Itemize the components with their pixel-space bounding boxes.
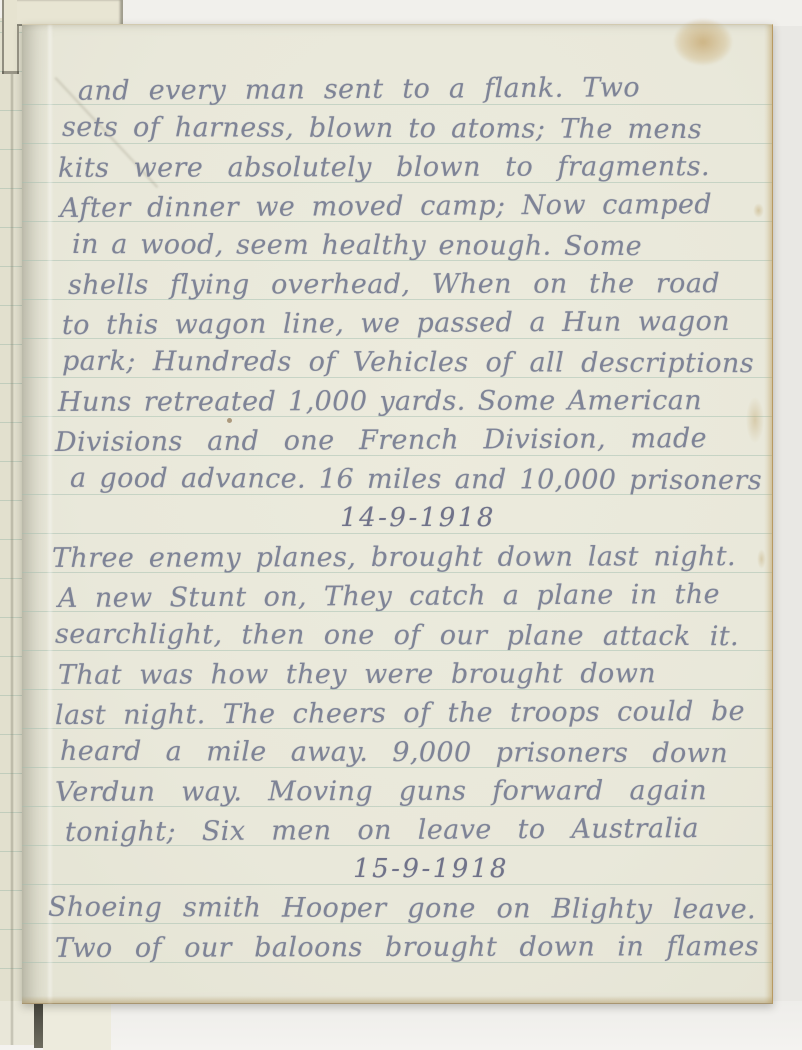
handwriting-line: to this wagon line, we passed a Hun wago… bbox=[62, 306, 730, 346]
handwriting-line: kits were absolutely blown to fragments. bbox=[58, 151, 710, 189]
handwriting-line: A new Stunt on, They catch a plane in th… bbox=[58, 579, 720, 619]
handwriting-line: tonight; Six men on leave to Australia bbox=[65, 813, 699, 853]
handwriting-line: searchlight, then one of our plane attac… bbox=[55, 619, 739, 657]
handwriting-line: Shoeing smith Hooper gone on Blighty lea… bbox=[48, 892, 756, 930]
handwriting-line: last night. The cheers of the troops cou… bbox=[55, 696, 745, 736]
bottom-left-paper-tab bbox=[43, 1001, 111, 1050]
handwriting-line: Huns retreated 1,000 yards. Some America… bbox=[58, 385, 702, 423]
handwriting-line: shells flying overhead, When on the road bbox=[68, 268, 720, 306]
date-heading: 14-9-1918 bbox=[318, 503, 518, 539]
handwriting-line: and every man sent to a flank. Two bbox=[78, 72, 640, 111]
foxing-stain-top-right bbox=[674, 19, 732, 65]
page-bottom-edge bbox=[22, 996, 772, 1003]
handwriting-line: heard a mile away. 9,000 prisoners down bbox=[60, 736, 728, 774]
handwriting-line: Divisions and one French Division, made bbox=[55, 423, 707, 463]
gutter-fold-highlight bbox=[48, 25, 52, 1003]
handwriting-line: in a wood, seem healthy enough. Some bbox=[72, 229, 642, 267]
foxing-spot bbox=[753, 203, 764, 218]
handwriting-line: Three enemy planes, brought down last ni… bbox=[52, 541, 736, 579]
handwriting-line: sets of harness, blown to atoms; The men… bbox=[62, 112, 702, 150]
diary-page: and every man sent to a flank. Two sets … bbox=[22, 24, 773, 1004]
binding-shadow-bar bbox=[34, 1001, 43, 1048]
scan-background-bottom bbox=[0, 1001, 802, 1050]
gutter-below-page bbox=[0, 1001, 34, 1045]
handwriting-line: park; Hundreds of Vehicles of all descri… bbox=[62, 346, 754, 384]
handwriting-line: Verdun way. Moving guns forward again bbox=[55, 775, 707, 813]
foxing-smudge-right-edge bbox=[746, 397, 764, 443]
foxing-spot bbox=[757, 549, 766, 569]
top-left-paper-tab bbox=[17, 0, 123, 26]
page-right-edge bbox=[764, 25, 772, 1003]
handwriting-line: That was how they were brought down bbox=[58, 658, 656, 696]
handwriting-line: Two of our baloons brought down in flame… bbox=[55, 931, 759, 969]
handwriting-line: a good advance. 16 miles and 10,000 pris… bbox=[70, 463, 762, 501]
handwriting-line: After dinner we moved camp; Now camped bbox=[60, 189, 712, 229]
date-heading: 15-9-1918 bbox=[331, 854, 531, 890]
